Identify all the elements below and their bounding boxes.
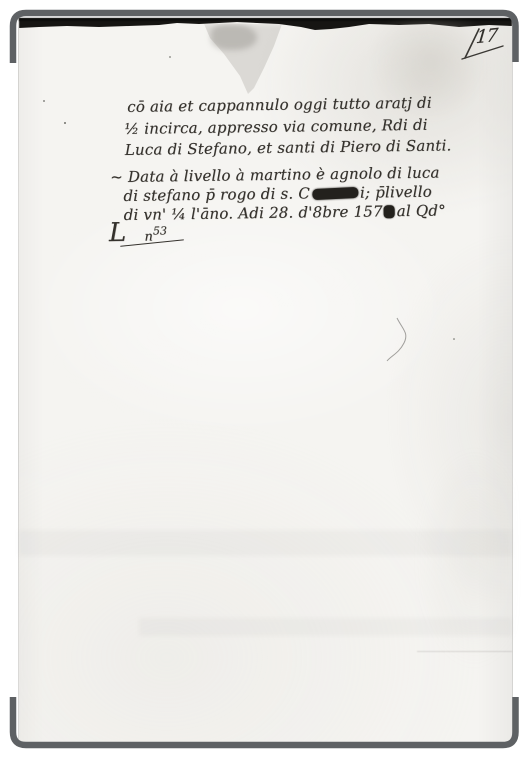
line-6-text-before-blot: di vn' ¼ l'āno. Adi 28. d'8bre 157 bbox=[124, 202, 383, 224]
ink-blot-year-digit bbox=[384, 205, 395, 218]
flourish-initial-L: L bbox=[109, 218, 127, 248]
register-ref-number: 53 bbox=[153, 224, 167, 237]
line-6-text-after-blot: al Qd° bbox=[397, 201, 446, 220]
handwritten-line-1: cō aia et cappannulo oggi tutto aratj di bbox=[127, 94, 432, 116]
folio-number: 17 bbox=[475, 25, 498, 49]
scanned-document-view: cō aia et cappannulo oggi tutto aratj di… bbox=[0, 0, 531, 760]
line-5-text-before-redaction: di stefano p̄ rogo di s. C bbox=[123, 184, 310, 205]
handwritten-line-3: Luca di Stefano, et santi di Piero di Sa… bbox=[125, 136, 452, 159]
handwritten-line-6: di vn' ¼ l'āno. Adi 28. d'8bre 157al Qd° bbox=[124, 201, 446, 223]
handwritten-line-2: ½ incirca, appresso via comune, Rdi di bbox=[124, 116, 427, 138]
ink-blot-redaction bbox=[312, 186, 358, 199]
line-5-text-after-redaction: i; p̄livello bbox=[360, 183, 432, 202]
handwritten-text-block: cō aia et cappannulo oggi tutto aratj di… bbox=[0, 0, 531, 760]
